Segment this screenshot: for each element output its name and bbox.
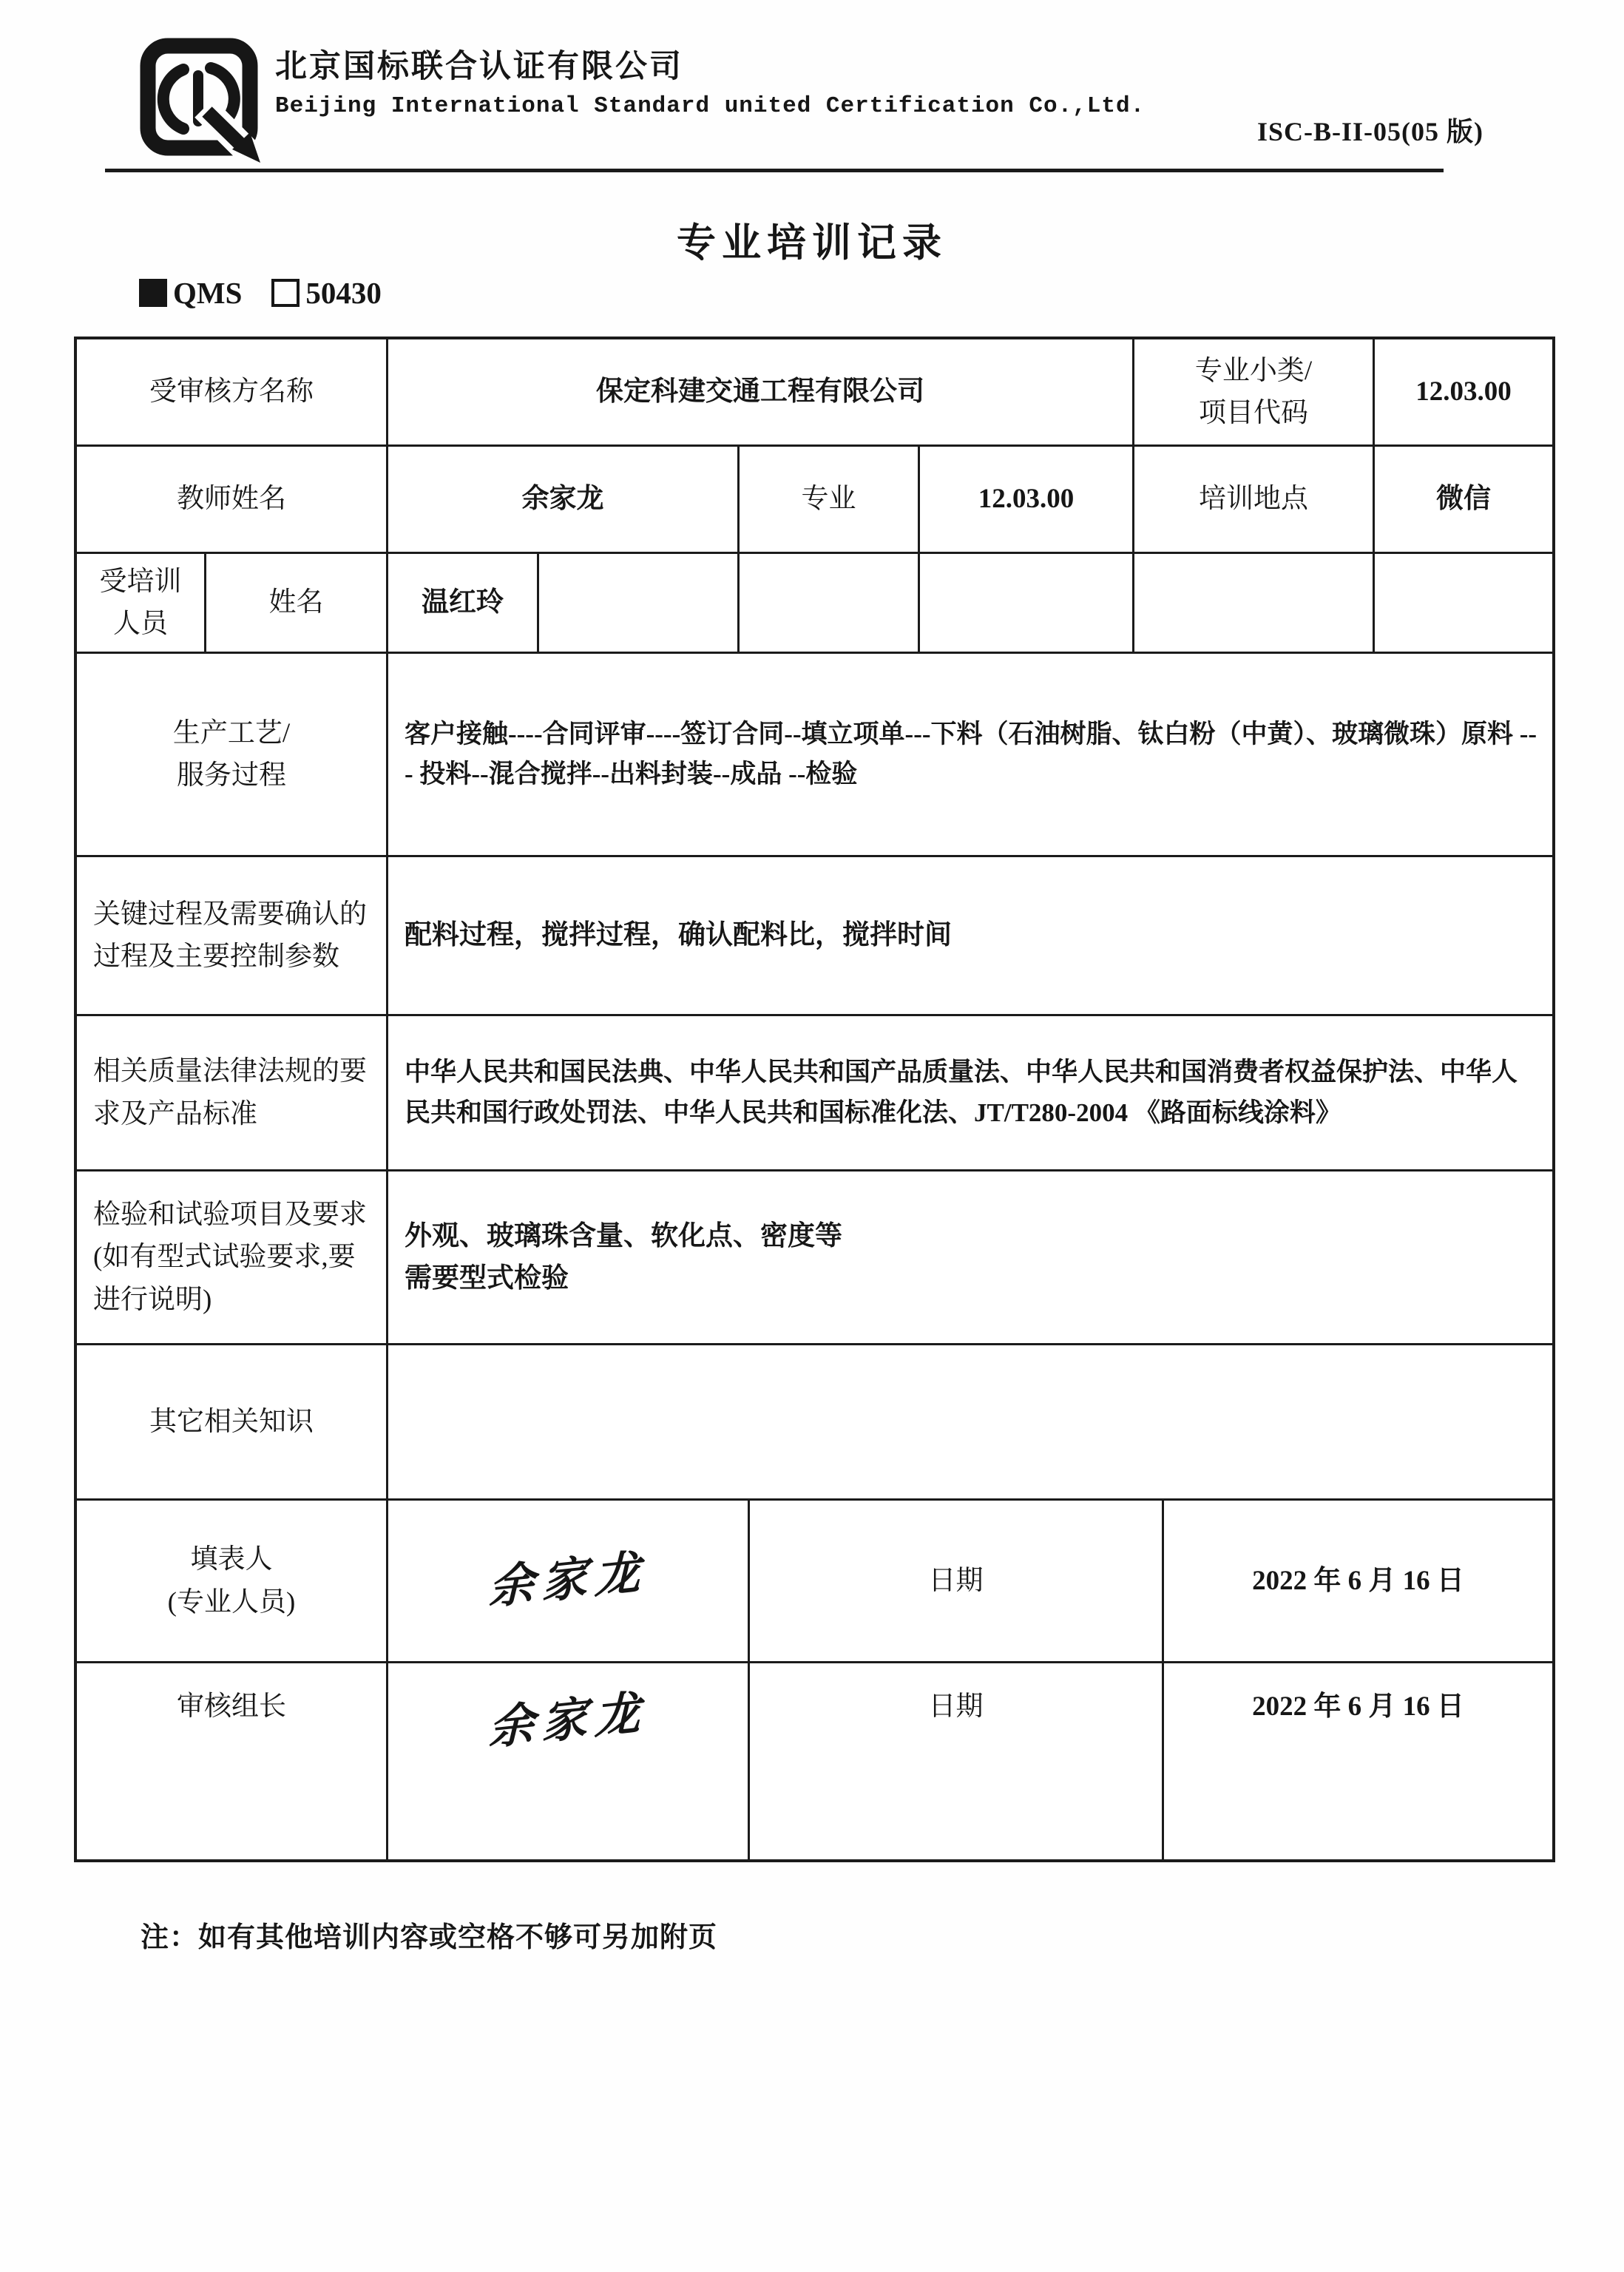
table-row: 审核组长 余家龙 日期 2022 年 6 月 16 日 <box>77 1663 1552 1859</box>
audit-leader-signature: 余家龙 <box>388 1663 750 1859</box>
qms-label: QMS <box>173 275 242 311</box>
inspection-value: 外观、玻璃珠含量、软化点、密度等 需要型式检验 <box>388 1171 1552 1345</box>
audit-leader-date-value: 2022 年 6 月 16 日 <box>1164 1663 1552 1859</box>
50430-option: 50430 <box>271 275 382 311</box>
50430-checkbox-unchecked-icon <box>271 279 300 307</box>
trainee-name-label: 姓名 <box>206 554 388 654</box>
header-divider <box>105 169 1444 172</box>
major-value: 12.03.00 <box>920 447 1134 554</box>
process-value: 客户接触----合同评审----签订合同--填立项单---下料（石油树脂、钛白粉… <box>388 654 1552 857</box>
qms-checkbox-checked-icon <box>139 279 167 307</box>
empty-cell <box>1134 554 1375 654</box>
scheme-selection: QMS 50430 <box>139 275 401 311</box>
teacher-label: 教师姓名 <box>77 447 388 554</box>
other-knowledge-label: 其它相关知识 <box>77 1345 388 1501</box>
empty-cell <box>920 554 1134 654</box>
other-knowledge-value <box>388 1345 1552 1501</box>
table-row: 检验和试验项目及要求 (如有型式试验要求,要 进行说明) 外观、玻璃珠含量、软化… <box>77 1171 1552 1345</box>
preparer-signature: 余家龙 <box>388 1501 750 1663</box>
location-label: 培训地点 <box>1134 447 1375 554</box>
form-code: ISC-B-II-05(05 版) <box>1257 111 1483 149</box>
qms-option: QMS <box>139 275 242 311</box>
key-process-label: 关键过程及需要确认的 过程及主要控制参数 <box>77 857 388 1016</box>
table-row: 教师姓名 余家龙 专业 12.03.00 培训地点 微信 <box>77 447 1552 554</box>
preparer-label: 填表人 (专业人员) <box>77 1501 388 1663</box>
training-record-table: 受审核方名称 保定科建交通工程有限公司 专业小类/ 项目代码 12.03.00 … <box>74 337 1555 1862</box>
trainee-name-1: 温红玲 <box>388 554 539 654</box>
empty-cell <box>539 554 740 654</box>
auditee-label: 受审核方名称 <box>77 339 388 447</box>
process-label: 生产工艺/ 服务过程 <box>77 654 388 857</box>
company-name-cn: 北京国标联合认证有限公司 <box>275 41 683 87</box>
category-code-value: 12.03.00 <box>1375 339 1552 447</box>
certification-logo-icon <box>139 37 265 166</box>
audit-leader-date-label: 日期 <box>750 1663 1164 1859</box>
footer-note: 注：如有其他培训内容或空格不够可另加附页 <box>141 1914 717 1955</box>
table-row: 填表人 (专业人员) 余家龙 日期 2022 年 6 月 16 日 <box>77 1501 1552 1663</box>
teacher-value: 余家龙 <box>388 447 740 554</box>
location-value: 微信 <box>1375 447 1552 554</box>
auditee-value: 保定科建交通工程有限公司 <box>388 339 1134 447</box>
handwritten-signature: 余家龙 <box>489 1537 648 1625</box>
table-row: 其它相关知识 <box>77 1345 1552 1501</box>
handwritten-signature: 余家龙 <box>489 1677 648 1765</box>
table-row: 受审核方名称 保定科建交通工程有限公司 专业小类/ 项目代码 12.03.00 <box>77 339 1552 447</box>
audit-leader-label: 审核组长 <box>77 1663 388 1859</box>
table-row: 关键过程及需要确认的 过程及主要控制参数 配料过程，搅拌过程，确认配料比，搅拌时… <box>77 857 1552 1016</box>
empty-cell <box>1375 554 1552 654</box>
inspection-label: 检验和试验项目及要求 (如有型式试验要求,要 进行说明) <box>77 1171 388 1345</box>
table-row: 受培训 人员 姓名 温红玲 <box>77 554 1552 654</box>
table-row: 相关质量法律法规的要 求及产品标准 中华人民共和国民法典、中华人民共和国产品质量… <box>77 1016 1552 1171</box>
key-process-value: 配料过程，搅拌过程，确认配料比，搅拌时间 <box>388 857 1552 1016</box>
regulations-label: 相关质量法律法规的要 求及产品标准 <box>77 1016 388 1171</box>
preparer-date-value: 2022 年 6 月 16 日 <box>1164 1501 1552 1663</box>
major-label: 专业 <box>740 447 920 554</box>
regulations-value: 中华人民共和国民法典、中华人民共和国产品质量法、中华人民共和国消费者权益保护法、… <box>388 1016 1552 1171</box>
page-title: 专业培训记录 <box>0 212 1624 268</box>
50430-label: 50430 <box>305 275 382 311</box>
scanned-training-record-page: 北京国标联合认证有限公司 Beijing International Stand… <box>0 0 1624 2272</box>
preparer-date-label: 日期 <box>750 1501 1164 1663</box>
trainee-group-label: 受培训 人员 <box>77 554 206 654</box>
empty-cell <box>740 554 920 654</box>
table-row: 生产工艺/ 服务过程 客户接触----合同评审----签订合同--填立项单---… <box>77 654 1552 857</box>
category-code-label: 专业小类/ 项目代码 <box>1134 339 1375 447</box>
company-name-en: Beijing International Standard united Ce… <box>275 93 1145 119</box>
